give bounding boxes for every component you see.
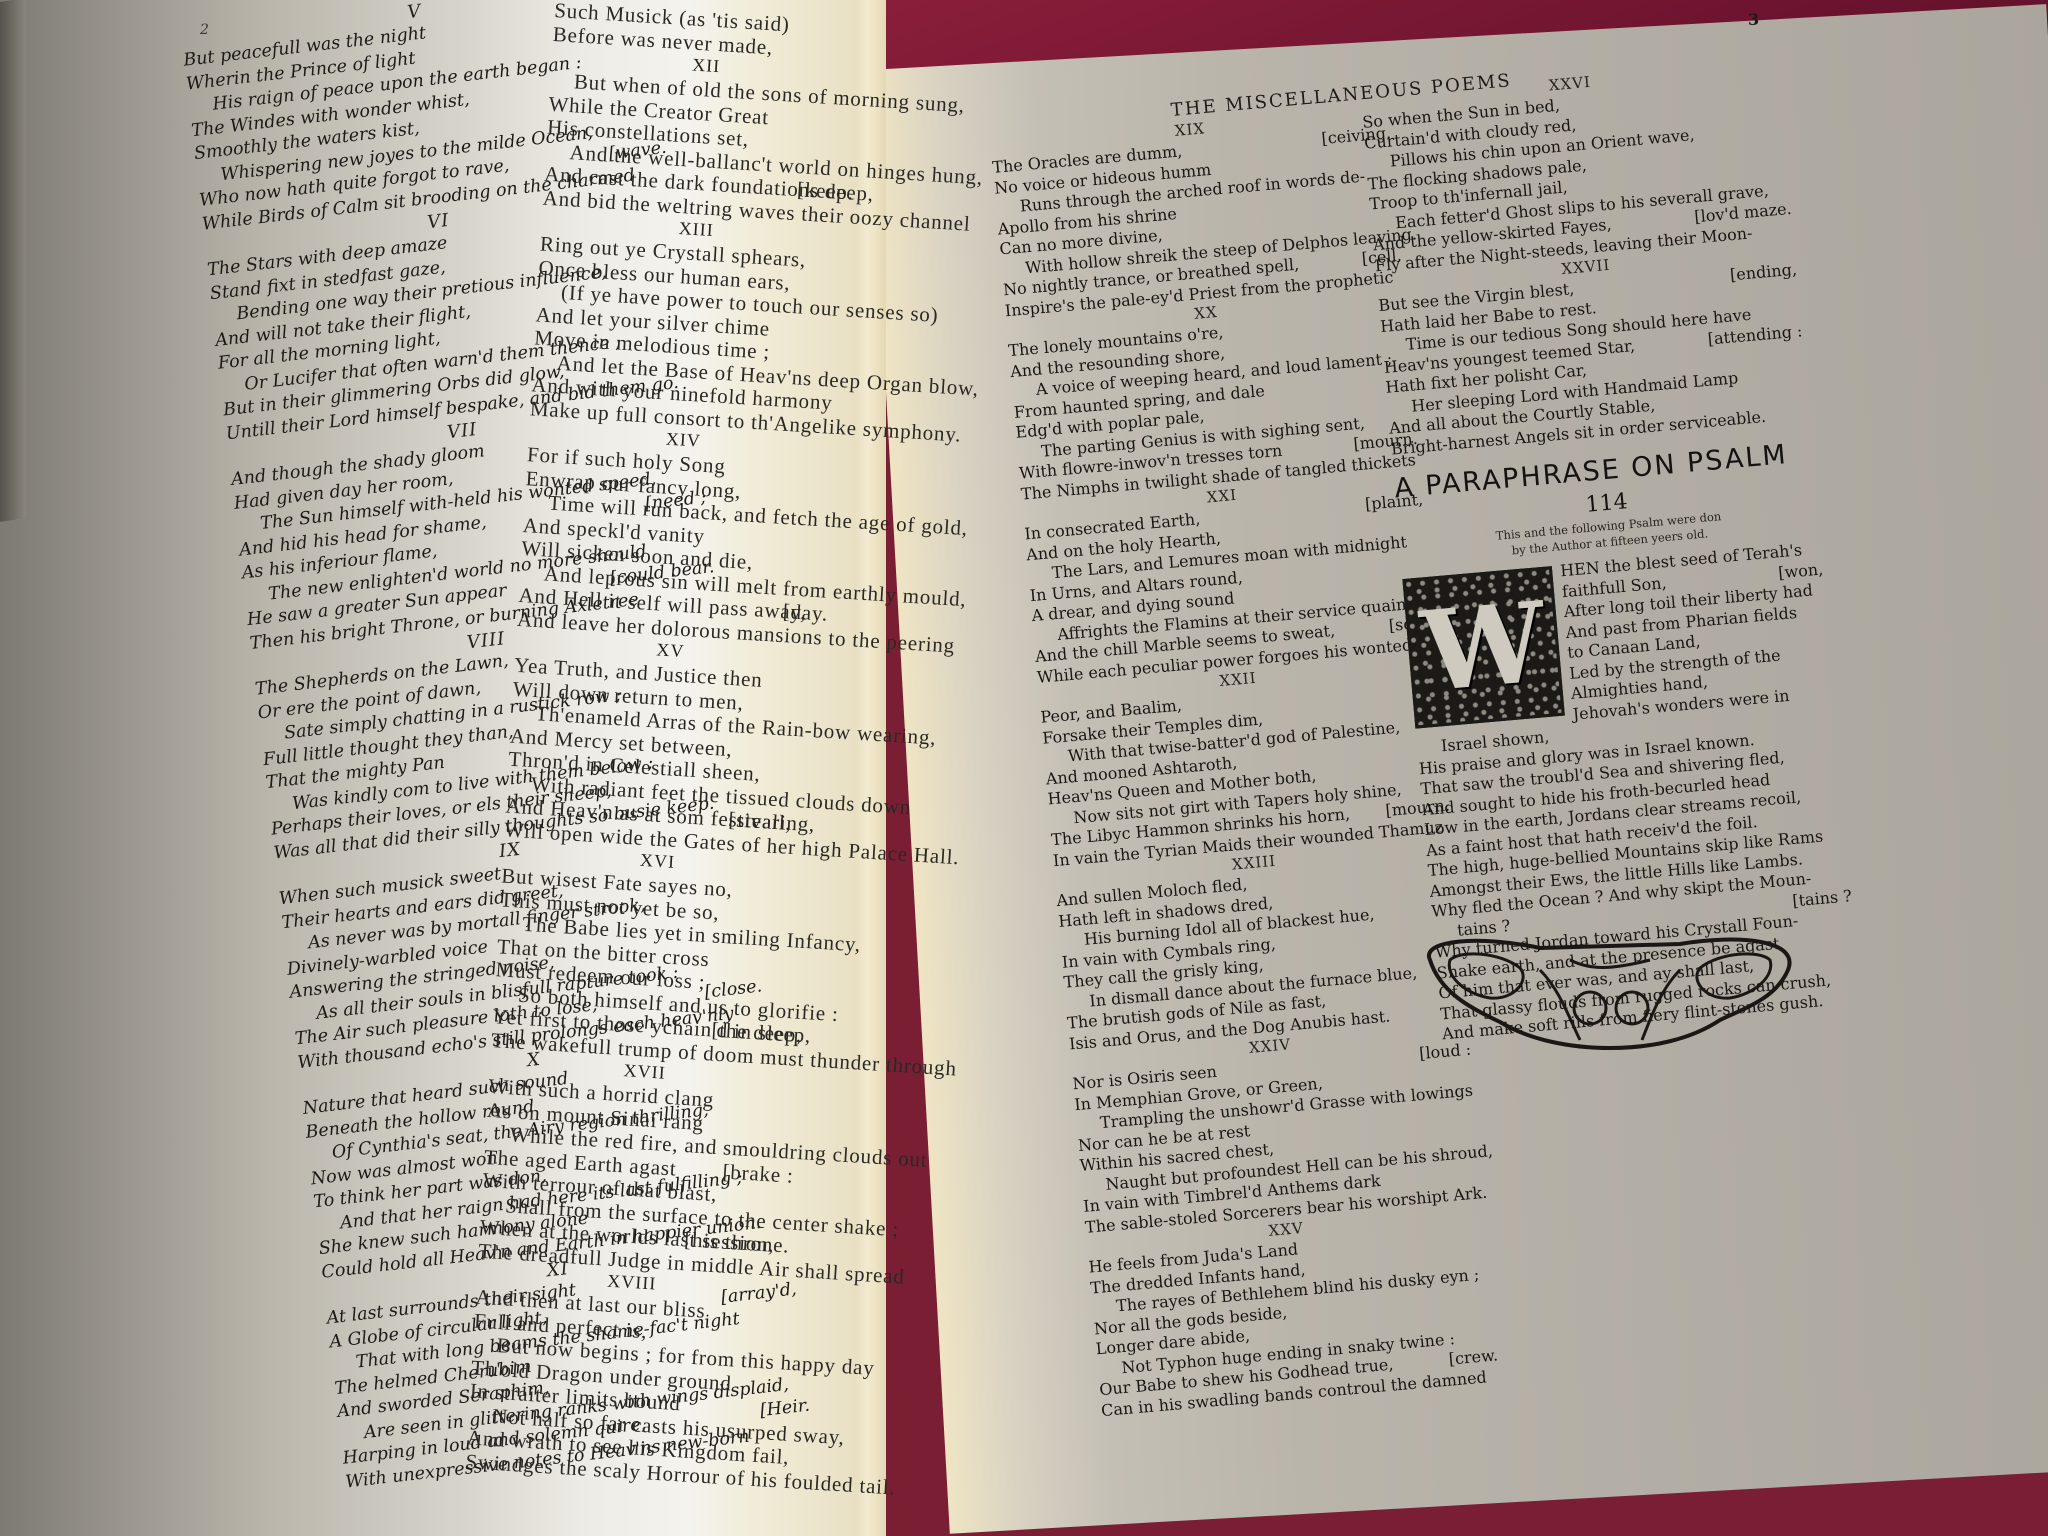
turnover-fragment: [tains ?	[1792, 888, 1853, 909]
turnover-fragment: [keep.	[797, 179, 855, 203]
turnover-fragment: [brake :	[722, 1161, 794, 1186]
floral-ornament-icon	[1420, 930, 1800, 1050]
page-number-right: 3	[1748, 10, 1759, 29]
book-gutter	[856, 0, 886, 1536]
turnover-fragment: [the deep,	[711, 1020, 803, 1047]
right-page-column-b: XXVISo when the Sun in bed,Curtain'd wit…	[1360, 58, 1862, 1046]
turnover-fragment: [his throne.	[684, 1229, 790, 1256]
turnover-fragment: [won,	[1778, 561, 1824, 581]
turnover-fragment: [crew.	[1448, 1347, 1498, 1367]
turnover-fragment: [day.	[782, 601, 828, 625]
stanzas-xxvi-xxvii: XXVISo when the Sun in bed,Curtain'd wit…	[1360, 58, 1810, 461]
turnover-fragment: [stearing,	[728, 809, 816, 835]
page-edge-shadow	[0, 0, 26, 522]
turnover-fragment: [ending,	[1729, 262, 1797, 284]
